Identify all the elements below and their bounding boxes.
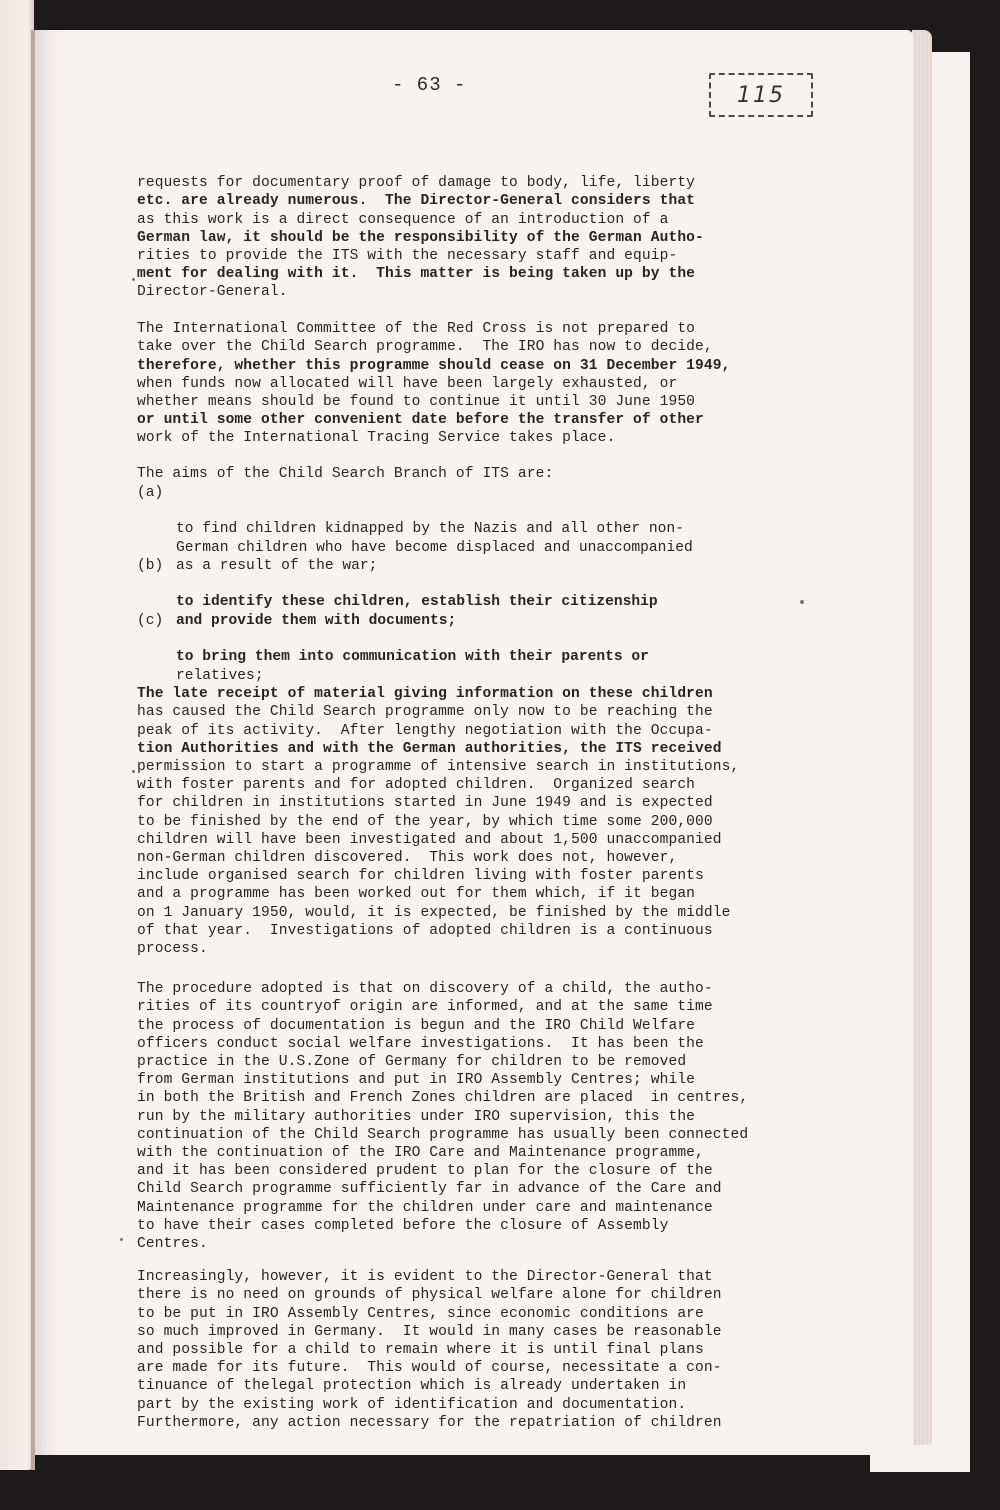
- text-line: etc. are already numerous. The Director-…: [137, 192, 827, 210]
- text-line: The International Committee of the Red C…: [137, 320, 827, 338]
- ink-speck: [800, 600, 804, 604]
- page-number: - 63 -: [392, 74, 466, 96]
- text-line: has caused the Child Search programme on…: [137, 703, 827, 721]
- text-line: and possible for a child to remain where…: [137, 1341, 827, 1359]
- text-line: to identify these children, establish th…: [176, 593, 658, 611]
- text-line: officers conduct social welfare investig…: [137, 1035, 827, 1053]
- page-stack-edge: [912, 30, 932, 1445]
- paragraph-damage-claims: requests for documentary proof of damage…: [137, 156, 827, 320]
- text-line: German law, it should be the responsibil…: [137, 229, 827, 247]
- text-line: and a programme has been worked out for …: [137, 885, 827, 903]
- text-line: therefore, whether this programme should…: [137, 357, 827, 375]
- text-line: with the continuation of the IRO Care an…: [137, 1144, 827, 1162]
- archive-number: 115: [737, 83, 785, 108]
- text-line: peak of its activity. After lengthy nego…: [137, 722, 827, 740]
- text-line: or until some other convenient date befo…: [137, 411, 827, 429]
- text-line: in both the British and French Zones chi…: [137, 1089, 827, 1107]
- text-line: part by the existing work of identificat…: [137, 1396, 827, 1414]
- text-line: process.: [137, 940, 827, 958]
- facing-page-edge: [0, 0, 34, 1470]
- text-line: Furthermore, any action necessary for th…: [137, 1414, 827, 1432]
- text-line: The aims of the Child Search Branch of I…: [137, 465, 827, 483]
- list-marker: (a): [137, 484, 163, 502]
- text-line: continuation of the Child Search program…: [137, 1126, 827, 1144]
- text-line: as this work is a direct consequence of …: [137, 211, 827, 229]
- ink-speck: [132, 278, 135, 281]
- text-line: children will have been investigated and…: [137, 831, 827, 849]
- text-line: rities of its countryof origin are infor…: [137, 998, 827, 1016]
- text-line: whether means should be found to continu…: [137, 393, 827, 411]
- text-line: to be finished by the end of the year, b…: [137, 813, 827, 831]
- ink-speck: [120, 1238, 123, 1241]
- text-line: for children in institutions started in …: [137, 794, 827, 812]
- text-line: with foster parents and for adopted chil…: [137, 776, 827, 794]
- text-line: Child Search programme sufficiently far …: [137, 1180, 827, 1198]
- text-line: so much improved in Germany. It would in…: [137, 1323, 827, 1341]
- text-line: The procedure adopted is that on discove…: [137, 980, 827, 998]
- text-line: to be put in IRO Assembly Centres, since…: [137, 1305, 827, 1323]
- text-line: when funds now allocated will have been …: [137, 375, 827, 393]
- text-line: work of the International Tracing Servic…: [137, 429, 827, 447]
- text-line: The late receipt of material giving info…: [137, 685, 827, 703]
- text-line: tion Authorities and with the German aut…: [137, 740, 827, 758]
- text-line: non-German children discovered. This wor…: [137, 849, 827, 867]
- paragraph-late-receipt: The late receipt of material giving info…: [137, 667, 827, 976]
- text-line: take over the Child Search programme. Th…: [137, 338, 827, 356]
- text-line: requests for documentary proof of damage…: [137, 174, 827, 192]
- text-line: to bring them into communication with th…: [176, 648, 649, 666]
- text-line: Director-General.: [137, 283, 827, 301]
- text-line: on 1 January 1950, would, it is expected…: [137, 904, 827, 922]
- list-marker: (b): [137, 557, 163, 575]
- text-line: include organised search for children li…: [137, 867, 827, 885]
- paragraph-red-cross: The International Committee of the Red C…: [137, 302, 827, 466]
- text-line: run by the military authorities under IR…: [137, 1108, 827, 1126]
- text-line: from German institutions and put in IRO …: [137, 1071, 827, 1089]
- text-line: and it has been considered prudent to pl…: [137, 1162, 827, 1180]
- text-line: are made for its future. This would of c…: [137, 1359, 827, 1377]
- text-line: German children who have become displace…: [176, 539, 693, 557]
- text-line: there is no need on grounds of physical …: [137, 1286, 827, 1304]
- ink-speck: [132, 770, 135, 773]
- paragraph-increasingly: Increasingly, however, it is evident to …: [137, 1250, 827, 1450]
- text-line: Maintenance programme for the children u…: [137, 1199, 827, 1217]
- text-line: Increasingly, however, it is evident to …: [137, 1268, 827, 1286]
- text-line: the process of documentation is begun an…: [137, 1017, 827, 1035]
- text-line: tinuance of thelegal protection which is…: [137, 1377, 827, 1395]
- text-line: to find children kidnapped by the Nazis …: [176, 520, 693, 538]
- text-line: rities to provide the ITS with the neces…: [137, 247, 827, 265]
- list-marker: (c): [137, 612, 163, 630]
- paragraph-procedure: The procedure adopted is that on discove…: [137, 962, 827, 1271]
- archive-number-stamp: 115: [709, 73, 813, 117]
- text-line: to have their cases completed before the…: [137, 1217, 827, 1235]
- text-line: of that year. Investigations of adopted …: [137, 922, 827, 940]
- text-line: practice in the U.S.Zone of Germany for …: [137, 1053, 827, 1071]
- text-line: ment for dealing with it. This matter is…: [137, 265, 827, 283]
- text-line: permission to start a programme of inten…: [137, 758, 827, 776]
